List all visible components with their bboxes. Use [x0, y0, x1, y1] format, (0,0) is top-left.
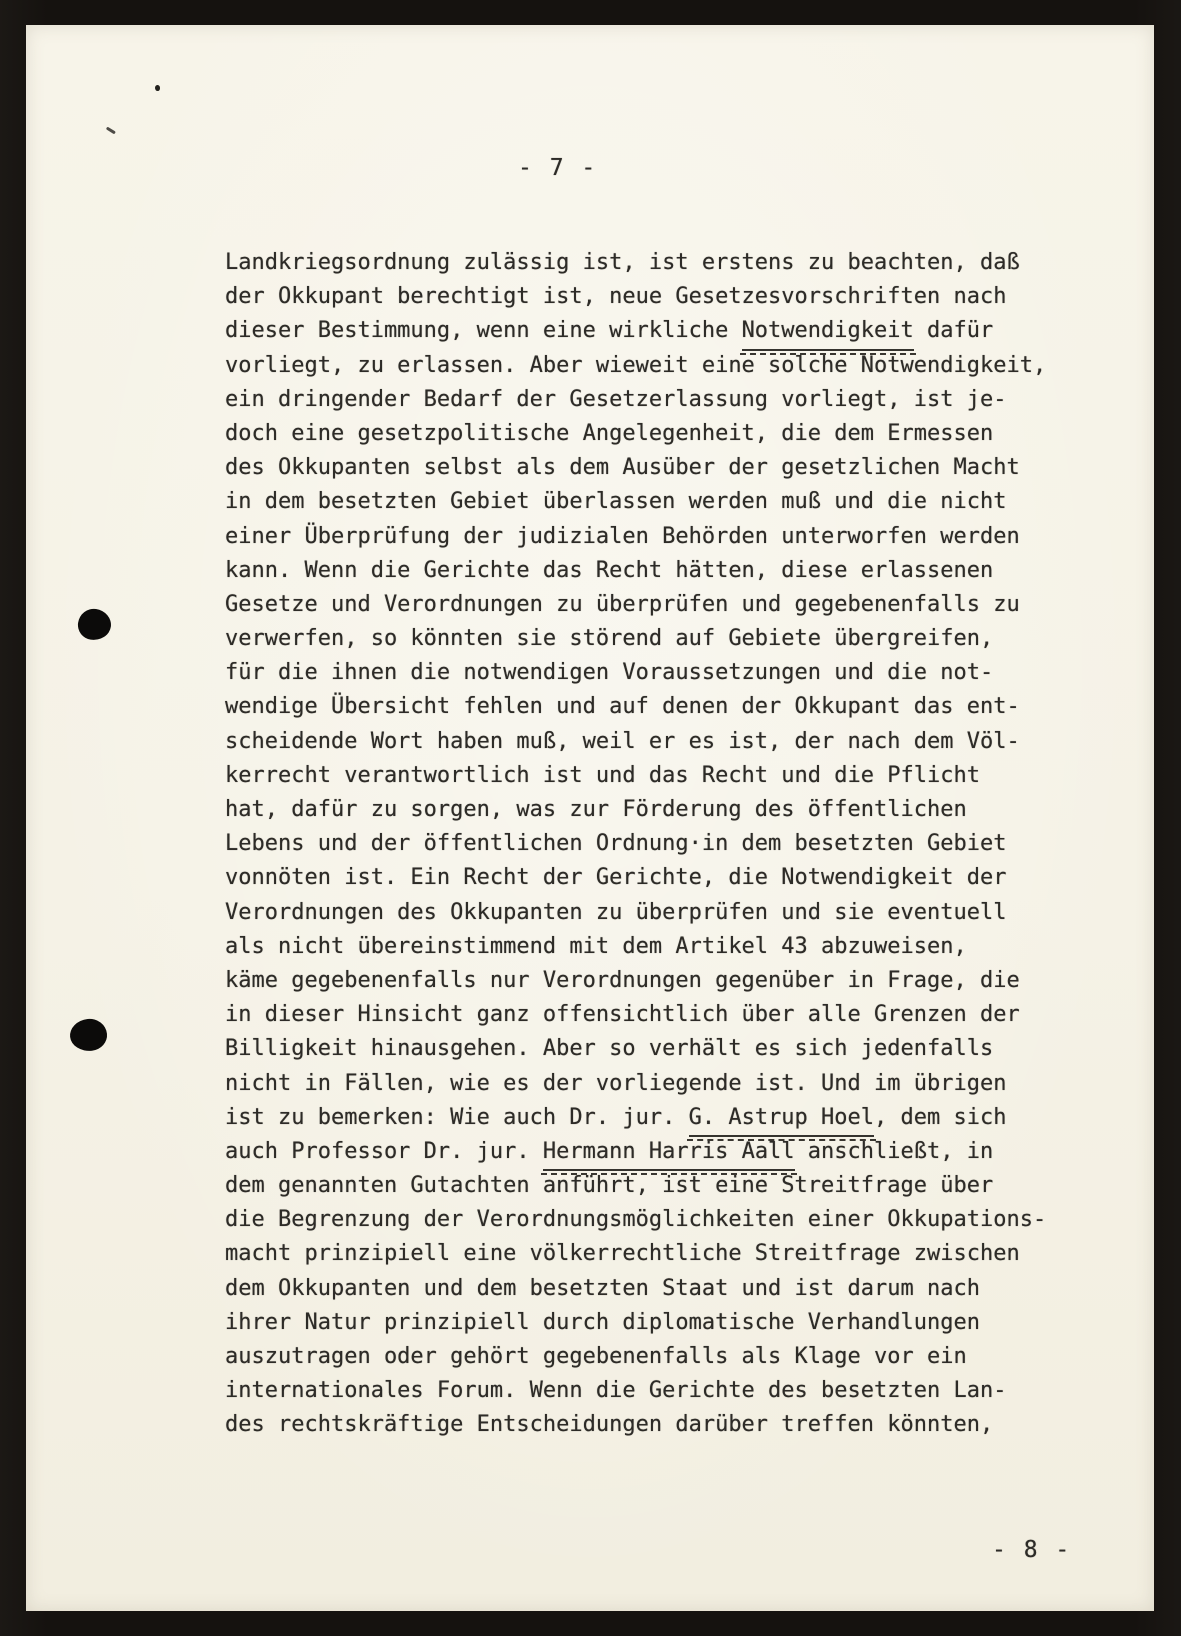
text-line: wendige Übersicht fehlen und auf denen d… [225, 690, 1105, 724]
punch-hole-bottom [68, 1017, 108, 1053]
text-segment: hat, dafür zu sorgen, was zur Förderung … [225, 797, 967, 822]
text-segment: ihrer Natur prinzipiell durch diplomatis… [225, 1310, 980, 1335]
text-line: in dieser Hinsicht ganz offensichtlich ü… [225, 998, 1105, 1032]
text-segment: kann. Wenn die Gerichte das Recht hätten… [225, 558, 993, 583]
text-segment: verwerfen, so könnten sie störend auf Ge… [225, 626, 993, 651]
text-line: des Okkupanten selbst als dem Ausüber de… [225, 451, 1105, 485]
text-line: auszutragen oder gehört gegebenenfalls a… [225, 1340, 1105, 1374]
text-line: ein dringender Bedarf der Gesetzerlassun… [225, 383, 1105, 417]
text-line: die Begrenzung der Verordnungsmöglichkei… [225, 1203, 1105, 1237]
text-segment: die Begrenzung der Verordnungsmöglichkei… [225, 1207, 1046, 1232]
text-line: ist zu bemerken: Wie auch Dr. jur. G. As… [225, 1101, 1105, 1135]
text-line: verwerfen, so könnten sie störend auf Ge… [225, 622, 1105, 656]
text-segment: ist zu bemerken: Wie auch Dr. jur. [225, 1105, 689, 1130]
text-line: Billigkeit hinausgehen. Aber so verhält … [225, 1032, 1105, 1066]
text-segment: kerrecht verantwortlich ist und das Rech… [225, 763, 980, 788]
text-line: als nicht übereinstimmend mit dem Artike… [225, 930, 1105, 964]
text-segment: scheidende Wort haben muß, weil er es is… [225, 729, 1020, 754]
text-line: dieser Bestimmung, wenn eine wirkliche N… [225, 314, 1105, 348]
text-segment: nicht in Fällen, wie es der vorliegende … [225, 1071, 1006, 1096]
text-segment: internationales Forum. Wenn die Gerichte… [225, 1378, 1006, 1403]
page-number-bottom: - 8 - [992, 1537, 1071, 1563]
text-line: der Okkupant berechtigt ist, neue Gesetz… [225, 280, 1105, 314]
text-segment: macht prinzipiell eine völkerrechtliche … [225, 1241, 1020, 1266]
text-line: macht prinzipiell eine völkerrechtliche … [225, 1237, 1105, 1271]
text-segment: für die ihnen die notwendigen Voraussetz… [225, 660, 993, 685]
text-segment: , dem sich [874, 1105, 1006, 1130]
text-line: des rechtskräftige Entscheidungen darübe… [225, 1408, 1105, 1442]
text-line: für die ihnen die notwendigen Voraussetz… [225, 656, 1105, 690]
text-segment: auch Professor Dr. jur. [225, 1139, 543, 1164]
text-line: nicht in Fällen, wie es der vorliegende … [225, 1067, 1105, 1101]
punch-hole-top [76, 607, 113, 642]
text-segment: als nicht übereinstimmend mit dem Artike… [225, 934, 967, 959]
ink-speck [106, 127, 116, 134]
text-line: kerrecht verantwortlich ist und das Rech… [225, 759, 1105, 793]
underlined-text: Notwendigkeit [742, 314, 914, 350]
text-segment: dem Okkupanten und dem besetzten Staat u… [225, 1276, 980, 1301]
text-segment: anschließt, in [795, 1139, 994, 1164]
text-line: käme gegebenenfalls nur Verordnungen geg… [225, 964, 1105, 998]
text-line: internationales Forum. Wenn die Gerichte… [225, 1374, 1105, 1408]
text-segment: des rechtskräftige Entscheidungen darübe… [225, 1412, 993, 1437]
underlined-text: Hermann Harris Aall [543, 1135, 795, 1171]
text-segment: doch eine gesetzpolitische Angelegenheit… [225, 421, 993, 446]
text-segment: Lebens und der öffentlichen Ordnung·in d… [225, 831, 1006, 856]
text-segment: Gesetze und Verordnungen zu überprüfen u… [225, 592, 1020, 617]
underlined-text: G. Astrup Hoel [689, 1101, 874, 1137]
text-line: Landkriegsordnung zulässig ist, ist erst… [225, 246, 1105, 280]
text-line: scheidende Wort haben muß, weil er es is… [225, 725, 1105, 759]
text-segment: Verordnungen des Okkupanten zu überprüfe… [225, 900, 1006, 925]
text-segment: einer Überprüfung der judizialen Behörde… [225, 524, 1020, 549]
text-segment: wendige Übersicht fehlen und auf denen d… [225, 694, 1020, 719]
text-line: Gesetze und Verordnungen zu überprüfen u… [225, 588, 1105, 622]
text-line: hat, dafür zu sorgen, was zur Förderung … [225, 793, 1105, 827]
text-line: ihrer Natur prinzipiell durch diplomatis… [225, 1306, 1105, 1340]
text-line: vorliegt, zu erlassen. Aber wieweit eine… [225, 349, 1105, 383]
document-lines: Landkriegsordnung zulässig ist, ist erst… [225, 246, 1105, 1443]
text-line: kann. Wenn die Gerichte das Recht hätten… [225, 554, 1105, 588]
text-segment: dem genannten Gutachten anführt, ist ein… [225, 1173, 993, 1198]
text-segment: dieser Bestimmung, wenn eine wirkliche [225, 318, 742, 343]
text-segment: ein dringender Bedarf der Gesetzerlassun… [225, 387, 1006, 412]
text-line: dem Okkupanten und dem besetzten Staat u… [225, 1272, 1105, 1306]
text-line: einer Überprüfung der judizialen Behörde… [225, 520, 1105, 554]
page-number-top: - 7 - [518, 155, 597, 181]
text-segment: vonnöten ist. Ein Recht der Gerichte, di… [225, 865, 1006, 890]
text-line: doch eine gesetzpolitische Angelegenheit… [225, 417, 1105, 451]
text-line: vonnöten ist. Ein Recht der Gerichte, di… [225, 861, 1105, 895]
text-segment: vorliegt, zu erlassen. Aber wieweit eine… [225, 353, 1046, 378]
text-segment: in dem besetzten Gebiet überlassen werde… [225, 489, 1006, 514]
ink-speck [155, 85, 160, 91]
text-line: Verordnungen des Okkupanten zu überprüfe… [225, 896, 1105, 930]
text-segment: des Okkupanten selbst als dem Ausüber de… [225, 455, 1020, 480]
text-segment: auszutragen oder gehört gegebenenfalls a… [225, 1344, 967, 1369]
document-page: - 7 - Landkriegsordnung zulässig ist, is… [26, 25, 1154, 1611]
text-segment: Landkriegsordnung zulässig ist, ist erst… [225, 250, 1020, 275]
text-segment: Billigkeit hinausgehen. Aber so verhält … [225, 1036, 993, 1061]
text-segment: käme gegebenenfalls nur Verordnungen geg… [225, 968, 1020, 993]
text-line: in dem besetzten Gebiet überlassen werde… [225, 485, 1105, 519]
text-line: Lebens und der öffentlichen Ordnung·in d… [225, 827, 1105, 861]
text-segment: in dieser Hinsicht ganz offensichtlich ü… [225, 1002, 1020, 1027]
text-segment: der Okkupant berechtigt ist, neue Gesetz… [225, 284, 1006, 309]
text-line: auch Professor Dr. jur. Hermann Harris A… [225, 1135, 1105, 1169]
text-segment: dafür [914, 318, 993, 343]
